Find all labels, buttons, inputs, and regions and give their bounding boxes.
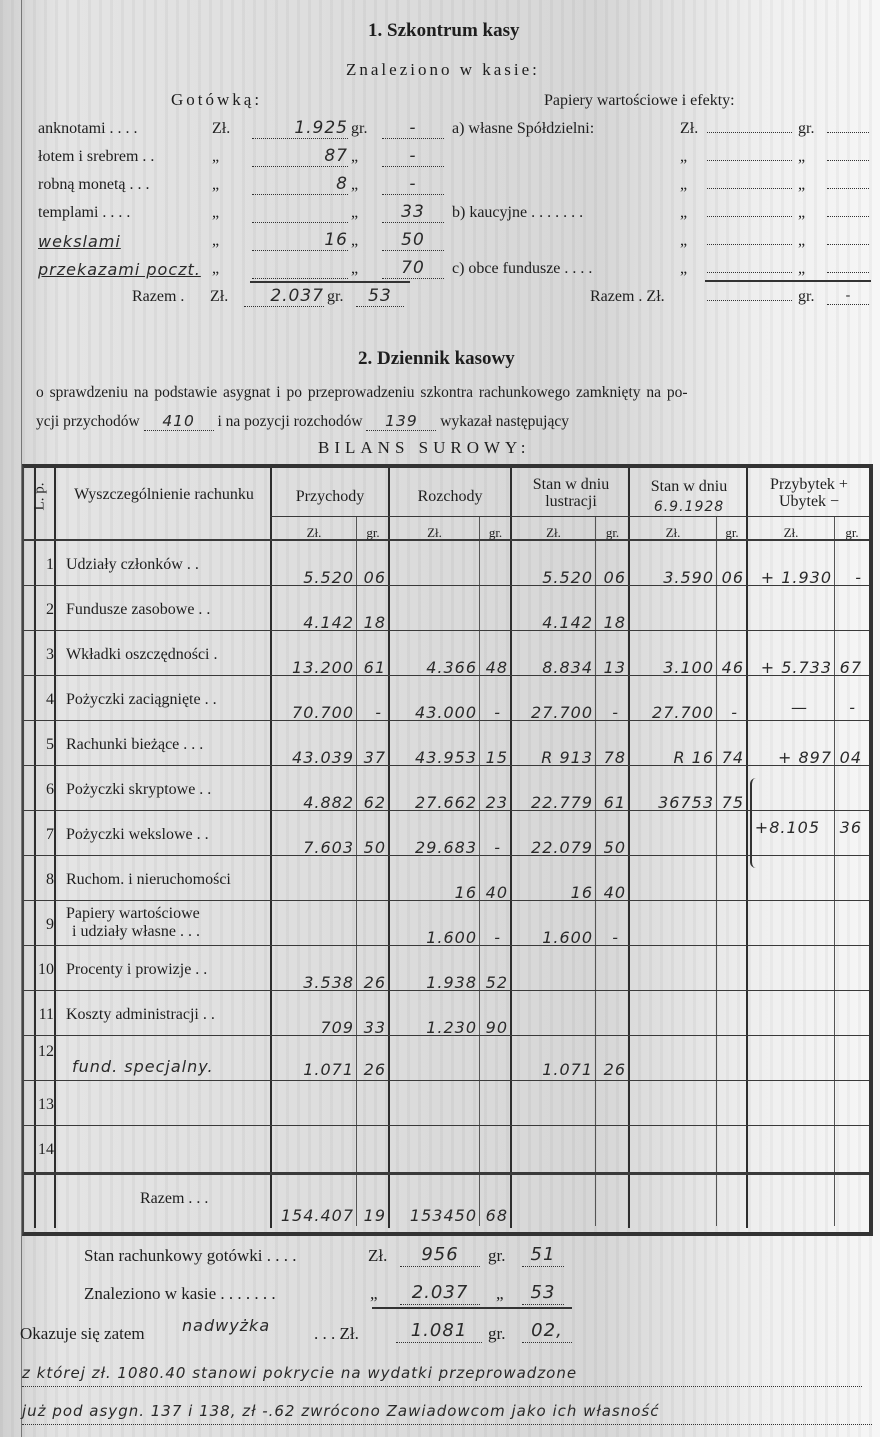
gain-loss-zl[interactable]: + 897 bbox=[748, 748, 832, 767]
expense-position-label: i na pozycji rozchodów bbox=[217, 413, 362, 430]
securities-total-label: Razem . Zł. bbox=[590, 288, 665, 306]
inspection-gr[interactable]: 13 bbox=[597, 658, 626, 677]
gain-loss-zl[interactable]: +8.105 bbox=[748, 818, 820, 837]
currency-label: „ bbox=[680, 232, 687, 250]
currency-label: „ bbox=[680, 260, 687, 278]
cash-row-stamps: templami . . . . „ „ 33 bbox=[38, 204, 418, 230]
date-zl[interactable]: R 16 bbox=[630, 748, 714, 767]
inspection-zl[interactable]: 8.834 bbox=[512, 658, 593, 677]
securities-row-deposit-2: „ „ bbox=[452, 232, 872, 258]
row-label: Pożyczki zaciągnięte . . bbox=[66, 691, 217, 709]
securities-row-deposit: b) kaucyjne . . . . . . . „ „ bbox=[452, 204, 872, 230]
inspection-gr[interactable]: 78 bbox=[597, 748, 626, 767]
cash-row-label: robną monetą . . . bbox=[38, 176, 150, 194]
income-zl[interactable]: 7.603 bbox=[272, 838, 354, 857]
currency-label: „ bbox=[680, 176, 687, 194]
currency-label: „ bbox=[212, 176, 219, 194]
currency-label: Zł. bbox=[212, 120, 230, 138]
inspection-gr[interactable]: - bbox=[597, 928, 619, 947]
gr-label: „ bbox=[351, 176, 358, 194]
summary-found-zl[interactable]: 2.037 bbox=[400, 1282, 480, 1305]
zl-field[interactable]: 87 bbox=[252, 146, 348, 167]
col-divider bbox=[716, 516, 717, 1226]
income-position-label: ycji przychodów bbox=[36, 413, 140, 430]
row-label: Koszty administracji . . bbox=[66, 1006, 215, 1024]
summary-found-gr[interactable]: 53 bbox=[522, 1282, 564, 1305]
header-state-date[interactable]: 6.9.1928 bbox=[632, 498, 746, 516]
securities-total-row: Razem . Zł. gr. - bbox=[452, 288, 872, 314]
gr-field[interactable] bbox=[827, 160, 869, 161]
expense-gr[interactable]: - bbox=[481, 928, 501, 947]
expense-zl[interactable]: 27.662 bbox=[390, 793, 477, 812]
expense-position-field[interactable]: 139 bbox=[366, 412, 436, 431]
gr-field[interactable] bbox=[827, 132, 869, 133]
col-divider bbox=[54, 468, 56, 1228]
income-zl[interactable]: 3.538 bbox=[272, 973, 354, 992]
currency-label: „ bbox=[212, 232, 219, 250]
subheader-gr: gr. bbox=[597, 525, 628, 541]
zl-field[interactable]: 8 bbox=[252, 174, 348, 195]
inspection-zl[interactable]: 1.600 bbox=[512, 928, 593, 947]
row-label: Pożyczki skryptowe . . bbox=[66, 781, 211, 799]
subheader-zl: Zł. bbox=[512, 525, 595, 541]
row-number: 1 bbox=[24, 556, 54, 574]
expense-gr[interactable]: - bbox=[481, 703, 501, 722]
income-zl[interactable]: 5.520 bbox=[272, 568, 354, 587]
gr-field[interactable] bbox=[827, 216, 869, 217]
income-gr[interactable]: - bbox=[358, 703, 382, 722]
inspection-gr[interactable]: - bbox=[597, 703, 619, 722]
inspection-zl[interactable]: 22.079 bbox=[512, 838, 593, 857]
cash-row-gold-silver: łotem i srebrem . . „ 87 „ - bbox=[38, 148, 418, 174]
zl-field[interactable] bbox=[707, 272, 792, 273]
date-gr[interactable]: 46 bbox=[718, 658, 744, 677]
col-divider bbox=[356, 516, 357, 1226]
subheader-zl: Zł. bbox=[748, 525, 834, 541]
income-zl[interactable]: 13.200 bbox=[272, 658, 354, 677]
inspection-zl[interactable]: 27.700 bbox=[512, 703, 593, 722]
row-number: 12 bbox=[24, 1043, 54, 1061]
income-zl[interactable]: 43.039 bbox=[272, 748, 354, 767]
gr-field[interactable] bbox=[827, 272, 869, 273]
inspection-zl[interactable]: 5.520 bbox=[512, 568, 593, 587]
gain-loss-gr[interactable]: 36 bbox=[836, 818, 862, 837]
income-zl[interactable]: 1.071 bbox=[272, 1060, 354, 1079]
inspection-zl[interactable]: 1.071 bbox=[512, 1060, 593, 1079]
row-number: 7 bbox=[24, 826, 54, 844]
row-label: Papiery wartościowe bbox=[66, 905, 200, 923]
currency-label: „ bbox=[370, 1284, 378, 1304]
income-zl[interactable]: 709 bbox=[272, 1018, 354, 1037]
row-number: 14 bbox=[24, 1141, 54, 1159]
row-label-line2: i udziały własne . . . bbox=[72, 923, 200, 941]
summary-result-zl[interactable]: 1.081 bbox=[396, 1320, 482, 1343]
gr-label: „ bbox=[351, 148, 358, 166]
zl-field[interactable] bbox=[707, 216, 792, 217]
currency-label: „ bbox=[212, 260, 219, 278]
date-zl[interactable]: 36753 bbox=[630, 793, 714, 812]
cash-row-label: przekazami poczt. bbox=[38, 260, 201, 279]
total-rule bbox=[24, 1172, 869, 1175]
section1-title: 1. Szkontrum kasy bbox=[368, 20, 520, 42]
gr-label: „ bbox=[351, 232, 358, 250]
gr-field[interactable]: 33 bbox=[382, 202, 444, 223]
col-divider bbox=[479, 516, 480, 1226]
journal-sentence-line1: o sprawdzeniu na podstawie asygnat i po … bbox=[36, 384, 688, 402]
handwritten-note-line2[interactable]: już pod asygn. 137 i 138, zł -.62 zwróco… bbox=[22, 1402, 872, 1425]
expense-zl[interactable]: 29.683 bbox=[390, 838, 477, 857]
securities-row-label: c) obce fundusze . . . . bbox=[452, 260, 592, 278]
subheader-gr: gr. bbox=[358, 525, 388, 541]
income-gr[interactable]: 50 bbox=[358, 838, 386, 857]
expense-zl[interactable]: 16 bbox=[390, 883, 477, 902]
gain-loss-gr[interactable]: 04 bbox=[836, 748, 862, 767]
total-expense-gr[interactable]: 68 bbox=[481, 1206, 508, 1225]
journal-sentence-line2: ycji przychodów 410 i na pozycji rozchod… bbox=[36, 412, 569, 431]
subheader-gr: gr. bbox=[836, 525, 868, 541]
date-gr[interactable]: 06 bbox=[718, 568, 744, 587]
securities-row-foreign: c) obce fundusze . . . . „ „ bbox=[452, 260, 872, 286]
cash-row-small-coins: robną monetą . . . „ 8 „ - bbox=[38, 176, 418, 202]
balance-title: BILANS SUROWY: bbox=[318, 438, 530, 458]
securities-sum-rule bbox=[705, 280, 871, 282]
header-state-inspection: Stan w dniu lustracji bbox=[514, 476, 628, 510]
gr-field[interactable] bbox=[827, 244, 869, 245]
gr-label: „ bbox=[798, 204, 805, 222]
income-zl[interactable]: 70.700 bbox=[272, 703, 354, 722]
currency-label: Zł. bbox=[680, 120, 698, 138]
gr-label: gr. bbox=[488, 1246, 505, 1266]
date-zl[interactable]: 27.700 bbox=[630, 703, 714, 722]
cash-heading: Gotówką: bbox=[171, 90, 262, 110]
date-zl[interactable]: 3.100 bbox=[630, 658, 714, 677]
zl-field[interactable] bbox=[252, 258, 348, 279]
zl-field[interactable] bbox=[252, 202, 348, 223]
zl-field[interactable]: 1.925 bbox=[252, 118, 348, 139]
gr-label: „ bbox=[798, 260, 805, 278]
expense-gr[interactable]: 52 bbox=[481, 973, 508, 992]
gr-label: gr. bbox=[351, 120, 367, 138]
securities-row-label: b) kaucyjne . . . . . . . bbox=[452, 204, 583, 222]
subheader-gr: gr. bbox=[481, 525, 510, 541]
gr-label: „ bbox=[496, 1284, 504, 1304]
subheader-zl: Zł. bbox=[390, 525, 479, 541]
inspection-gr[interactable]: 18 bbox=[597, 613, 626, 632]
gr-field[interactable]: 70 bbox=[382, 258, 444, 279]
row-number: 3 bbox=[24, 646, 54, 664]
row-number: 13 bbox=[24, 1096, 54, 1114]
income-gr[interactable]: 06 bbox=[358, 568, 386, 587]
gr-field[interactable]: - bbox=[382, 174, 444, 195]
gr-label: gr. bbox=[488, 1324, 505, 1344]
row-number: 10 bbox=[24, 961, 54, 979]
summary-book-cash-gr[interactable]: 51 bbox=[522, 1244, 564, 1267]
gr-field[interactable]: - bbox=[382, 146, 444, 167]
summary-book-cash-zl[interactable]: 956 bbox=[400, 1244, 480, 1267]
total-income-zl[interactable]: 154.407 bbox=[272, 1206, 354, 1225]
zl-field[interactable] bbox=[707, 244, 792, 245]
income-gr[interactable]: 37 bbox=[358, 748, 386, 767]
inspection-gr[interactable]: 06 bbox=[597, 568, 626, 587]
zl-field[interactable] bbox=[707, 188, 792, 189]
expense-zl[interactable]: 4.366 bbox=[390, 658, 477, 677]
header-gain-loss: Przybytek + Ubytek − bbox=[750, 476, 868, 510]
row-rule bbox=[24, 1080, 869, 1081]
gr-label: gr. bbox=[798, 120, 814, 138]
header-income: Przychody bbox=[272, 488, 388, 506]
cash-total-row: Razem . Zł. 2.037 gr. 53 bbox=[94, 288, 474, 314]
income-position-field[interactable]: 410 bbox=[144, 412, 214, 431]
gain-loss-zl[interactable]: + 5.733 bbox=[748, 658, 832, 677]
expense-gr[interactable]: 15 bbox=[481, 748, 508, 767]
zl-field[interactable] bbox=[707, 132, 792, 133]
header-state-date-label: Stan w dniu bbox=[632, 478, 746, 496]
cash-row-label: templami . . . . bbox=[38, 204, 130, 222]
gr-label: „ bbox=[798, 232, 805, 250]
header-account: Wyszczególnienie rachunku bbox=[60, 486, 268, 504]
row-number: 4 bbox=[24, 691, 54, 709]
gain-loss-gr[interactable]: 67 bbox=[836, 658, 862, 677]
cash-total-gr[interactable]: 53 bbox=[356, 286, 404, 307]
summary-found-label: Znaleziono w kasie . . . . . . . bbox=[84, 1284, 276, 1304]
summary-result-handwritten[interactable]: nadwyżka bbox=[182, 1316, 270, 1335]
income-gr[interactable]: 33 bbox=[358, 1018, 386, 1037]
cash-sum-rule bbox=[250, 281, 410, 283]
cash-total-zl[interactable]: 2.037 bbox=[244, 286, 324, 307]
subheader-zl: Zł. bbox=[630, 525, 716, 541]
handwritten-note-line1[interactable]: z której zł. 1080.40 stanowi pokrycie na… bbox=[22, 1364, 862, 1387]
income-zl[interactable]: 4.142 bbox=[272, 613, 354, 632]
currency-label: „ bbox=[680, 204, 687, 222]
cash-row-banknotes: anknotami . . . . Zł. 1.925 gr. - bbox=[38, 120, 418, 146]
gr-field[interactable] bbox=[827, 188, 869, 189]
expense-zl[interactable]: 1.938 bbox=[390, 973, 477, 992]
expense-zl[interactable]: 1.230 bbox=[390, 1018, 477, 1037]
zl-field[interactable] bbox=[707, 160, 792, 161]
date-gr[interactable]: 75 bbox=[718, 793, 744, 812]
gr-label: gr. bbox=[798, 288, 814, 306]
summary-result-gr[interactable]: 02, bbox=[522, 1320, 572, 1343]
gain-loss-zl[interactable]: + 1.930 bbox=[748, 568, 832, 587]
summary-result-label: Okazuje się zatem bbox=[20, 1324, 145, 1344]
row-rule bbox=[24, 630, 869, 631]
expense-zl[interactable]: 43.000 bbox=[390, 703, 477, 722]
inspection-zl[interactable]: R 913 bbox=[512, 748, 593, 767]
income-gr[interactable]: 61 bbox=[358, 658, 386, 677]
securities-row-label: a) własne Spółdzielni: bbox=[452, 120, 594, 138]
securities-total-gr[interactable]: - bbox=[827, 288, 869, 305]
securities-total-zl[interactable] bbox=[707, 300, 792, 301]
income-gr[interactable]: 62 bbox=[358, 793, 386, 812]
inspection-gr[interactable]: 50 bbox=[597, 838, 626, 857]
income-gr[interactable]: 18 bbox=[358, 613, 386, 632]
row-label: Rachunki bieżące . . . bbox=[66, 736, 203, 754]
gr-field[interactable]: - bbox=[382, 118, 444, 139]
expense-gr[interactable]: - bbox=[481, 838, 501, 857]
currency-label: „ bbox=[212, 204, 219, 222]
inspection-gr[interactable]: 40 bbox=[597, 883, 626, 902]
date-zl[interactable]: 3.590 bbox=[630, 568, 714, 587]
inspection-gr[interactable]: 61 bbox=[597, 793, 626, 812]
header-expenses: Rozchody bbox=[390, 488, 510, 506]
summary-book-cash-label: Stan rachunkowy gotówki . . . . bbox=[84, 1246, 296, 1266]
gr-label: „ bbox=[351, 204, 358, 222]
col-divider bbox=[834, 516, 835, 1226]
gr-field[interactable]: 50 bbox=[382, 230, 444, 251]
total-label: Razem . . . bbox=[140, 1190, 208, 1208]
found-in-cash-subtitle: Znaleziono w kasie: bbox=[346, 60, 540, 80]
expense-zl[interactable]: 1.600 bbox=[390, 928, 477, 947]
gr-label: „ bbox=[351, 260, 358, 278]
row-number: 8 bbox=[24, 871, 54, 889]
expense-gr[interactable]: 23 bbox=[481, 793, 508, 812]
cash-total-label: Razem . bbox=[132, 288, 184, 306]
row-number: 11 bbox=[24, 1006, 54, 1024]
income-gr[interactable]: 26 bbox=[358, 973, 386, 992]
inspection-zl[interactable]: 22.779 bbox=[512, 793, 593, 812]
expense-gr[interactable]: 48 bbox=[481, 658, 508, 677]
cash-row-label: łotem i srebrem . . bbox=[38, 148, 154, 166]
row-number: 6 bbox=[24, 781, 54, 799]
zl-field[interactable]: 16 bbox=[252, 230, 348, 251]
currency-label: „ bbox=[680, 148, 687, 166]
gain-loss-zl[interactable]: — bbox=[748, 698, 808, 717]
header-lp: L. p. bbox=[31, 483, 48, 511]
currency-label: „ bbox=[212, 148, 219, 166]
col-divider bbox=[34, 468, 36, 1228]
expense-gr[interactable]: 40 bbox=[481, 883, 508, 902]
total-expense-zl[interactable]: 153450 bbox=[390, 1206, 477, 1225]
gain-loss-gr[interactable]: - bbox=[836, 698, 856, 717]
date-gr[interactable]: - bbox=[718, 703, 738, 722]
row-label: Procenty i prowizje . . bbox=[66, 961, 207, 979]
cash-row-label: anknotami . . . . bbox=[38, 120, 138, 138]
securities-row-own: a) własne Spółdzielni: Zł. gr. bbox=[452, 120, 872, 146]
col-divider bbox=[595, 516, 596, 1226]
gr-label: „ bbox=[798, 176, 805, 194]
subheader-zl: Zł. bbox=[272, 525, 356, 541]
row-number: 2 bbox=[24, 601, 54, 619]
row-label[interactable]: fund. specjalny. bbox=[72, 1058, 214, 1076]
row-label: Pożyczki wekslowe . . bbox=[66, 826, 209, 844]
securities-heading: Papiery wartościowe i efekty: bbox=[544, 92, 735, 110]
income-gr[interactable]: 26 bbox=[358, 1060, 386, 1079]
total-income-gr[interactable]: 19 bbox=[358, 1206, 386, 1225]
balance-table: L. p. Wyszczególnienie rachunku Przychod… bbox=[22, 464, 873, 1236]
summary-sum-rule bbox=[372, 1307, 572, 1309]
row-label: Fundusze zasobowe . . bbox=[66, 601, 210, 619]
row-label: Wkładki oszczędności . bbox=[66, 646, 218, 664]
inspection-gr[interactable]: 26 bbox=[597, 1060, 626, 1079]
currency-label: Zł. bbox=[368, 1246, 387, 1266]
currency-label: . . . Zł. bbox=[314, 1324, 359, 1344]
expense-gr[interactable]: 90 bbox=[481, 1018, 508, 1037]
expense-zl[interactable]: 43.953 bbox=[390, 748, 477, 767]
inspection-zl[interactable]: 16 bbox=[512, 883, 593, 902]
row-label: Ruchom. i nieruchomości bbox=[66, 871, 231, 889]
inspection-zl[interactable]: 4.142 bbox=[512, 613, 593, 632]
securities-row-own-2: „ „ bbox=[452, 148, 872, 174]
row-label: Udziały członków . . bbox=[66, 556, 199, 574]
section2-title: 2. Dziennik kasowy bbox=[358, 348, 515, 370]
gain-loss-gr[interactable]: - bbox=[836, 568, 862, 587]
gr-label: „ bbox=[798, 148, 805, 166]
cash-row-bills: wekslami „ 16 „ 50 bbox=[38, 232, 418, 258]
date-gr[interactable]: 74 bbox=[718, 748, 744, 767]
securities-row-own-3: „ „ bbox=[452, 176, 872, 202]
gr-label: gr. bbox=[327, 288, 343, 306]
income-zl[interactable]: 4.882 bbox=[272, 793, 354, 812]
subheader-gr: gr. bbox=[718, 525, 746, 541]
row-number: 9 bbox=[24, 916, 54, 934]
cash-row-label: wekslami bbox=[38, 232, 121, 251]
header-subrule bbox=[270, 516, 869, 517]
row-rule bbox=[24, 1125, 869, 1126]
currency-label: Zł. bbox=[210, 288, 228, 306]
row-number: 5 bbox=[24, 736, 54, 754]
shows-following-label: wykazał następujący bbox=[440, 413, 569, 430]
